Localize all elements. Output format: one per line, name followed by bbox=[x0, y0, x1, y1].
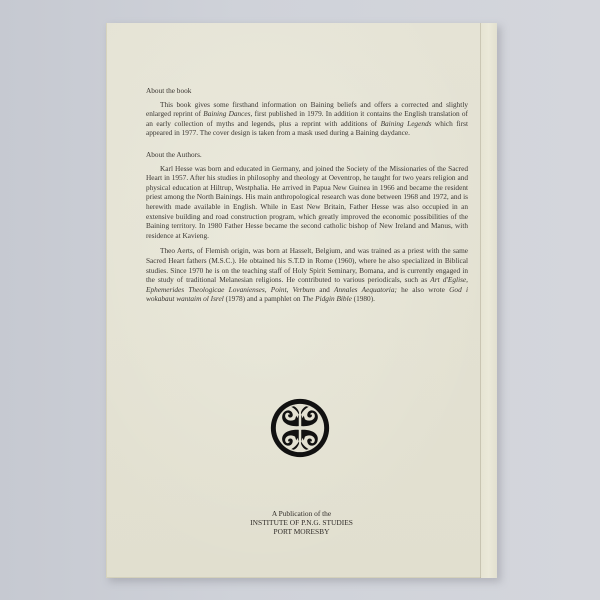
book-back-cover: About the book This book gives some firs… bbox=[106, 23, 497, 578]
body-text: (1978) and a pamphlet on bbox=[224, 294, 303, 303]
spine-strip bbox=[481, 23, 497, 578]
body-text: and bbox=[315, 285, 334, 294]
body-text: Karl Hesse was born and educated in Germ… bbox=[146, 164, 468, 240]
about-authors-heading: About the Authors. bbox=[146, 150, 468, 160]
publisher-block: A Publication of the INSTITUTE OF P.N.G.… bbox=[106, 509, 497, 537]
publisher-institute: INSTITUTE OF P.N.G. STUDIES bbox=[106, 518, 497, 527]
italic-title-text: Baining Dances, bbox=[203, 109, 252, 118]
about-book-heading: About the book bbox=[146, 86, 468, 96]
italic-title-text: Baining Legends bbox=[381, 119, 432, 128]
publisher-line-1: A Publication of the bbox=[106, 509, 497, 518]
body-text: he also wrote bbox=[397, 285, 449, 294]
hesse-bio-paragraph: Karl Hesse was born and educated in Germ… bbox=[146, 164, 468, 241]
blurb-text: About the book This book gives some firs… bbox=[146, 86, 468, 304]
publisher-city: PORT MORESBY bbox=[106, 527, 497, 536]
aerts-bio-paragraph: Theo Aerts, of Flemish origin, was born … bbox=[146, 246, 468, 304]
body-text: (1980). bbox=[352, 294, 375, 303]
about-book-paragraph: This book gives some firsthand informati… bbox=[146, 100, 468, 138]
body-text: Theo Aerts, of Flemish origin, was born … bbox=[146, 246, 468, 284]
baining-mask-emblem-icon bbox=[269, 397, 331, 459]
italic-title-text: Annales Aequatoria; bbox=[334, 285, 397, 294]
italic-title-text: The Pidgin Bible bbox=[302, 294, 351, 303]
